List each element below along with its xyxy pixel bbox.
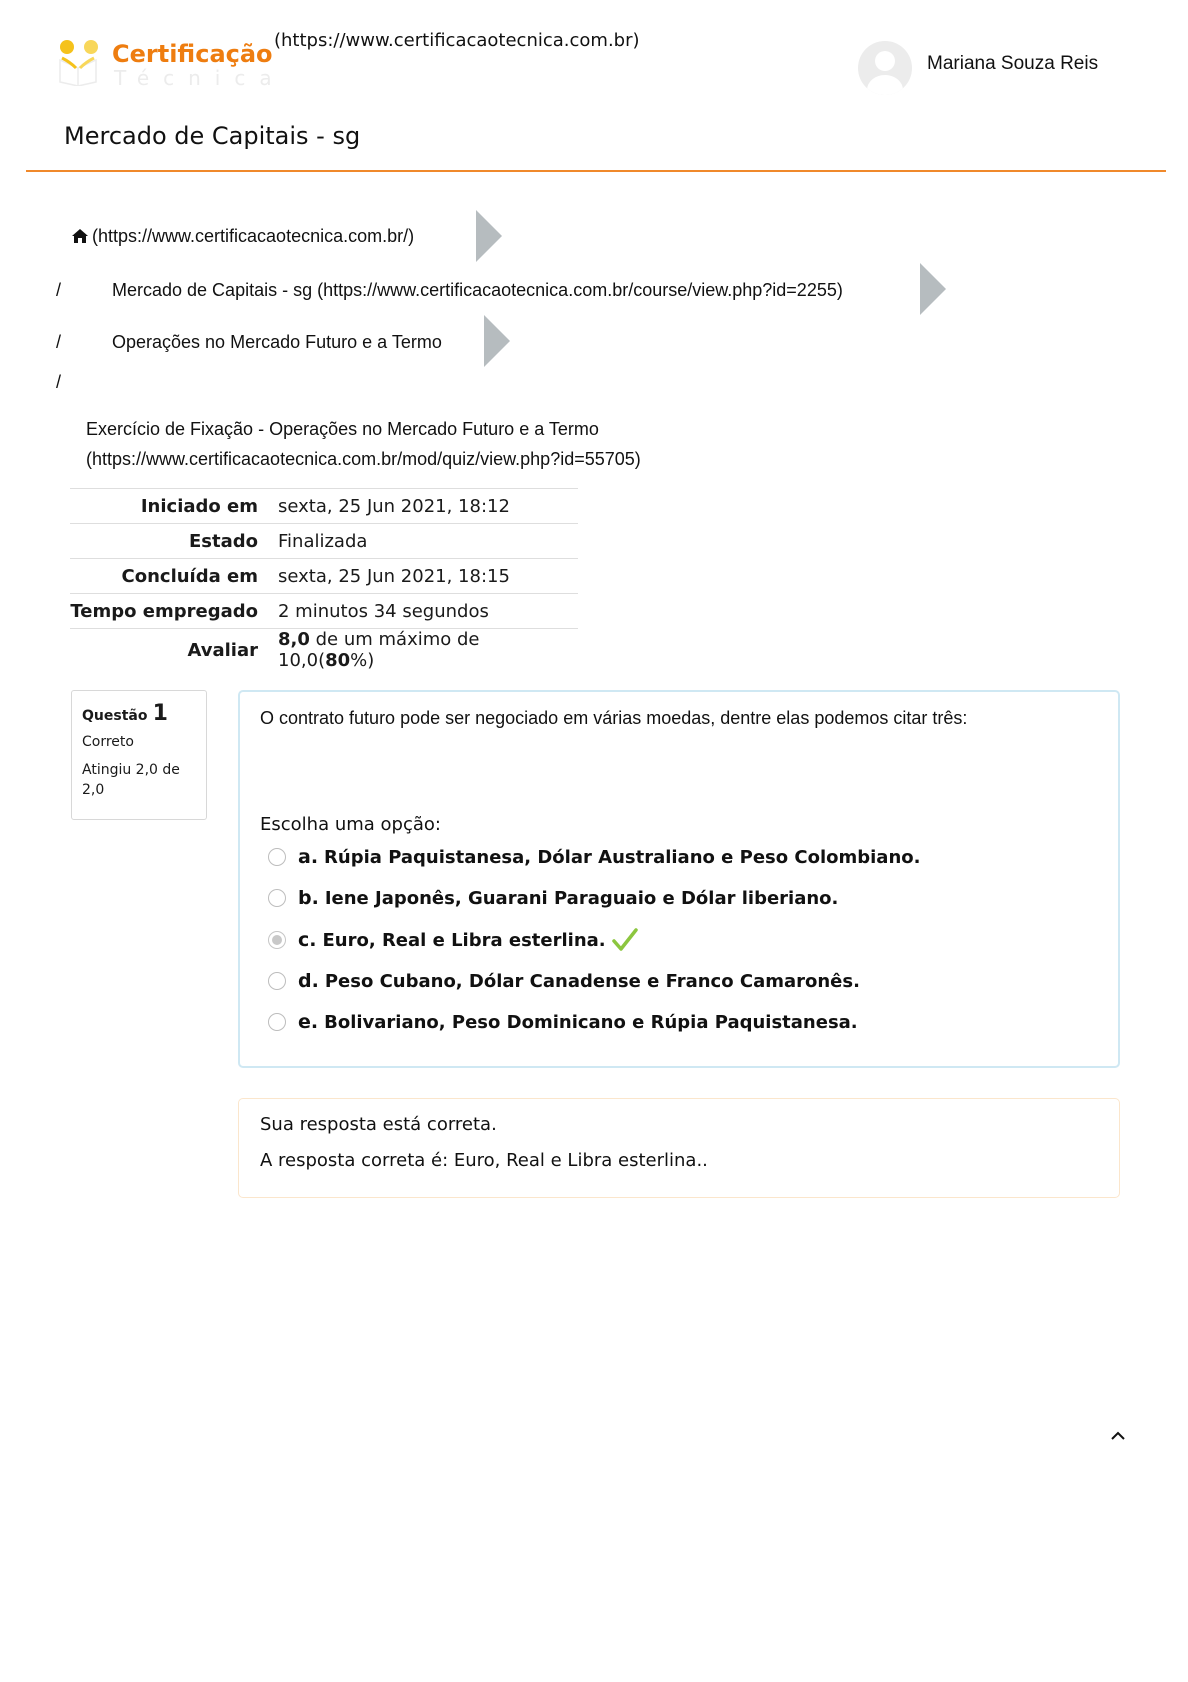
logo-brand: Certificação <box>112 40 273 68</box>
breadcrumb-home[interactable]: (https://www.certificacaotecnica.com.br/… <box>72 226 414 247</box>
breadcrumb-arrow-icon <box>476 210 502 262</box>
grade-percent: 80 <box>325 650 350 671</box>
question-number: 1 <box>153 701 168 726</box>
summary-value: sexta, 25 Jun 2021, 18:12 <box>278 489 578 524</box>
radio-button[interactable] <box>268 848 286 866</box>
summary-label: Tempo empregado <box>70 594 278 629</box>
answer-option-a[interactable]: a. Rúpia Paquistanesa, Dólar Australiano… <box>268 842 920 872</box>
option-text: Peso Cubano, Dólar Canadense e Franco Ca… <box>325 971 860 992</box>
site-logo[interactable]: Certificação Técnica <box>56 36 266 92</box>
user-silhouette-icon <box>875 51 895 71</box>
summary-label: Iniciado em <box>70 489 278 524</box>
option-text: Euro, Real e Libra esterlina. <box>322 930 605 951</box>
summary-grade-value: 8,0 de um máximo de 10,0(80%) <box>278 629 578 672</box>
logo-subtitle: Técnica <box>114 66 286 90</box>
option-text: Rúpia Paquistanesa, Dólar Australiano e … <box>324 847 920 868</box>
option-letter: a. <box>298 846 318 868</box>
option-text: Bolivariano, Peso Dominicano e Rúpia Paq… <box>324 1012 858 1033</box>
radio-button-selected[interactable] <box>268 931 286 949</box>
radio-button[interactable] <box>268 972 286 990</box>
feedback-box <box>238 1098 1120 1198</box>
breadcrumb-arrow-icon <box>920 263 946 315</box>
quiz-link-title: Exercício de Fixação - Operações no Merc… <box>86 414 641 444</box>
summary-row: Tempo empregado 2 minutos 34 segundos <box>70 594 578 629</box>
question-state: Correto <box>82 734 196 750</box>
option-letter: b. <box>298 887 319 909</box>
grade-suffix: %) <box>350 650 374 671</box>
page-title: Mercado de Capitais - sg <box>64 122 360 150</box>
breadcrumb-home-label: (https://www.certificacaotecnica.com.br/… <box>92 226 414 246</box>
breadcrumb-arrow-icon <box>484 315 510 367</box>
summary-row-grade: Avaliar 8,0 de um máximo de 10,0(80%) <box>70 629 578 672</box>
option-text: Iene Japonês, Guarani Paraguaio e Dólar … <box>325 888 839 909</box>
correct-check-icon <box>612 927 638 953</box>
summary-label: Avaliar <box>70 629 278 672</box>
user-silhouette-body <box>867 75 903 95</box>
breadcrumb-quiz-link[interactable]: Exercício de Fixação - Operações no Merc… <box>86 414 641 474</box>
avatar[interactable] <box>858 41 912 95</box>
user-name[interactable]: Mariana Souza Reis <box>927 53 1098 75</box>
question-info-box: Questão 1 Correto Atingiu 2,0 de 2,0 <box>71 690 207 820</box>
book-icon <box>58 56 98 86</box>
summary-row: Estado Finalizada <box>70 524 578 559</box>
back-to-top-chevron-up-icon[interactable] <box>1108 1428 1128 1444</box>
option-letter: d. <box>298 970 319 992</box>
summary-row: Iniciado em sexta, 25 Jun 2021, 18:12 <box>70 489 578 524</box>
option-letter: c. <box>298 929 316 951</box>
header-divider <box>26 170 1166 172</box>
summary-label: Concluída em <box>70 559 278 594</box>
question-grade: Atingiu 2,0 de 2,0 <box>82 760 196 800</box>
home-icon <box>72 229 88 243</box>
answer-option-d[interactable]: d. Peso Cubano, Dólar Canadense e Franco… <box>268 966 860 996</box>
logo-dot-icon <box>84 40 98 54</box>
summary-value: 2 minutos 34 segundos <box>278 594 578 629</box>
quiz-link-url: (https://www.certificacaotecnica.com.br/… <box>86 444 641 474</box>
question-label: Questão <box>82 708 147 724</box>
radio-button[interactable] <box>268 889 286 907</box>
breadcrumb-course[interactable]: Mercado de Capitais - sg (https://www.ce… <box>112 280 843 301</box>
question-text: O contrato futuro pode ser negociado em … <box>260 708 967 729</box>
breadcrumb-separator: / <box>56 332 61 353</box>
answer-option-b[interactable]: b. Iene Japonês, Guarani Paraguaio e Dól… <box>268 883 838 913</box>
breadcrumb-section[interactable]: Operações no Mercado Futuro e a Termo <box>112 332 442 353</box>
answer-option-e[interactable]: e. Bolivariano, Peso Dominicano e Rúpia … <box>268 1007 858 1037</box>
summary-value: Finalizada <box>278 524 578 559</box>
summary-label: Estado <box>70 524 278 559</box>
radio-button[interactable] <box>268 1013 286 1031</box>
logo-dot-icon <box>60 40 74 54</box>
question-prompt: Escolha uma opção: <box>260 814 441 835</box>
feedback-status: Sua resposta está correta. <box>260 1114 497 1135</box>
answer-option-c[interactable]: c. Euro, Real e Libra esterlina. <box>268 925 638 955</box>
summary-row: Concluída em sexta, 25 Jun 2021, 18:15 <box>70 559 578 594</box>
breadcrumb-separator: / <box>56 372 61 393</box>
summary-value: sexta, 25 Jun 2021, 18:15 <box>278 559 578 594</box>
breadcrumb-separator: / <box>56 280 61 301</box>
feedback-correct-answer: A resposta correta é: Euro, Real e Libra… <box>260 1150 708 1171</box>
site-url-link[interactable]: (https://www.certificacaotecnica.com.br) <box>274 30 640 51</box>
attempt-summary-table: Iniciado em sexta, 25 Jun 2021, 18:12 Es… <box>70 488 578 671</box>
grade-score: 8,0 <box>278 629 310 650</box>
option-letter: e. <box>298 1011 318 1033</box>
